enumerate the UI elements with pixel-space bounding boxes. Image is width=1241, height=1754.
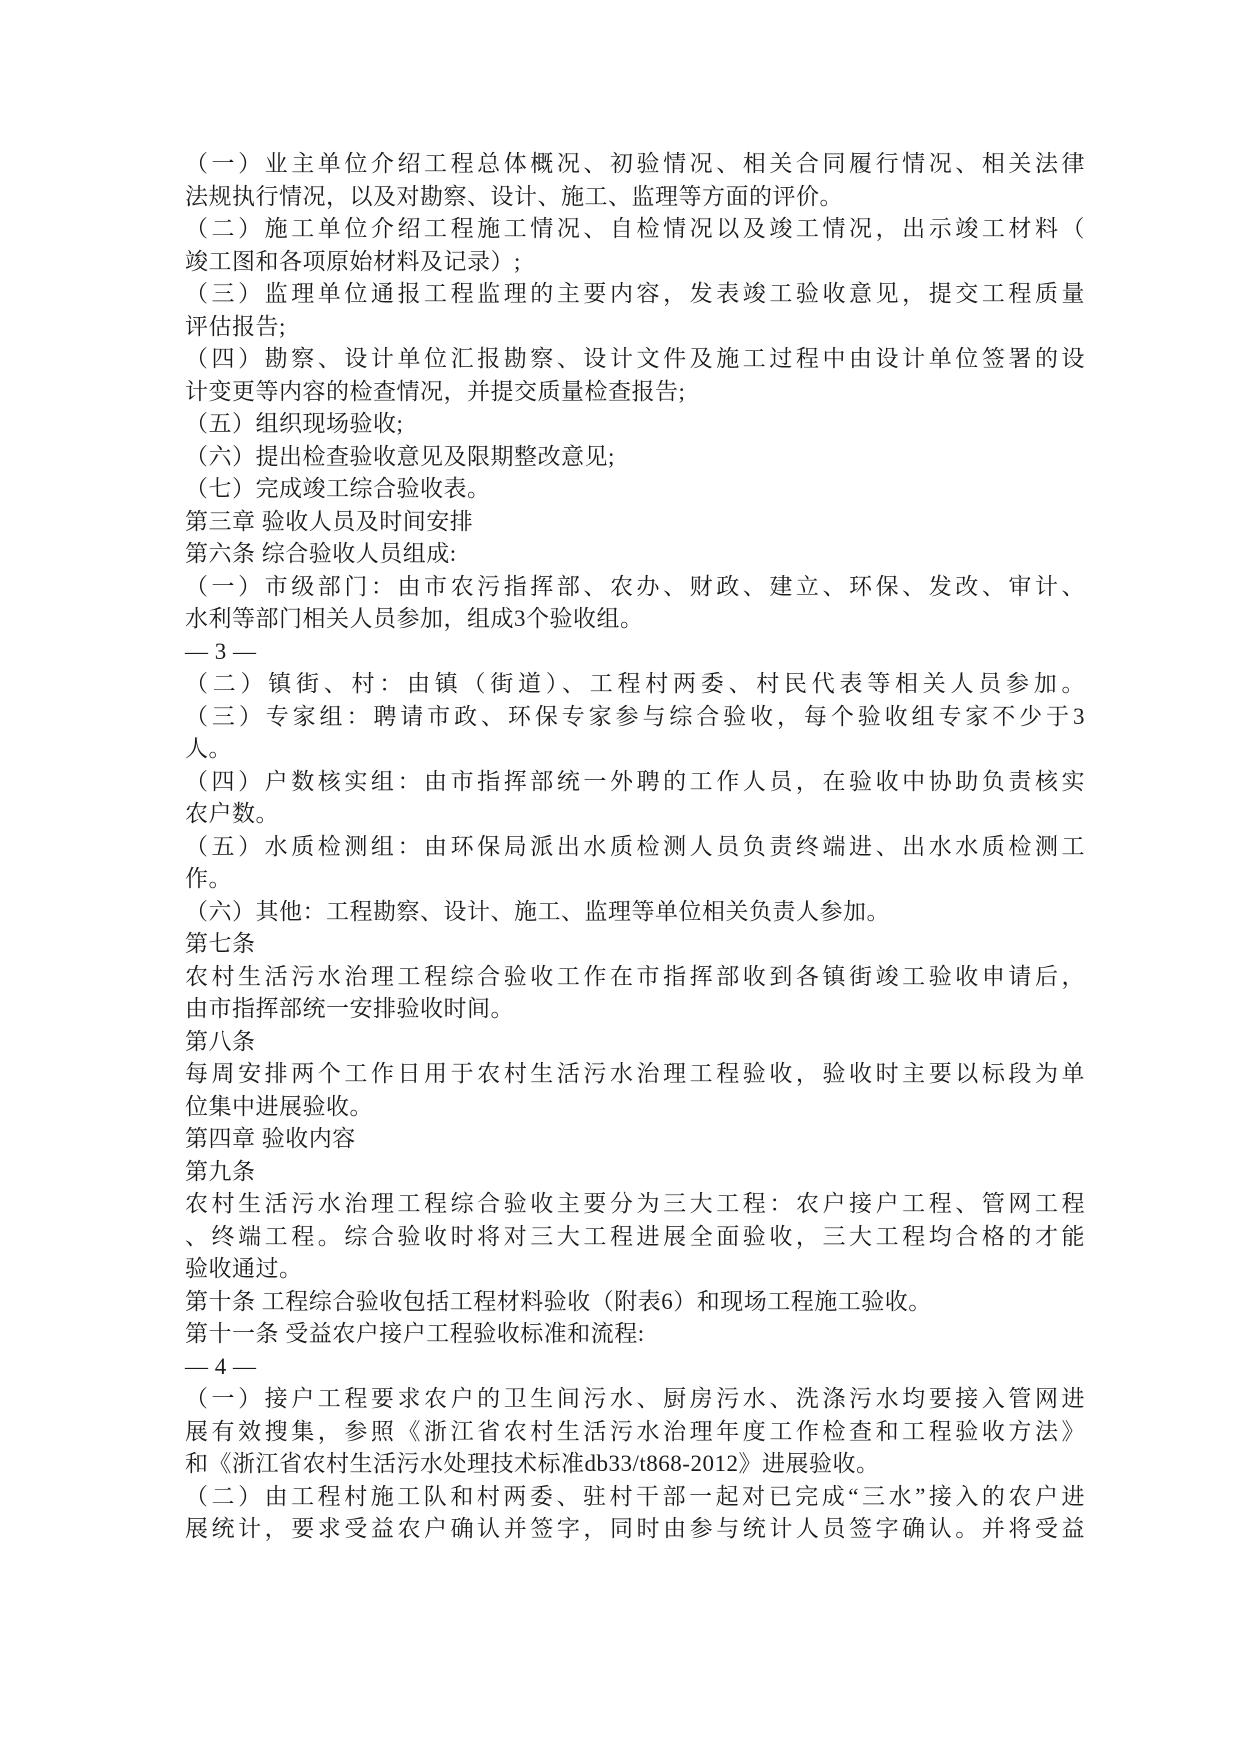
article-heading: 第七条 <box>185 928 1085 961</box>
text-line: 水利等部门相关人员参加，组成3个验收组。 <box>185 603 1085 636</box>
text-line: 和《浙江省农村生活污水处理技术标准db33/t868-2012》进展验收。 <box>185 1448 1085 1481</box>
text-line: （二）镇街、村：由镇（街道）、工程村两委、村民代表等相关人员参加。 <box>185 668 1085 701</box>
text-line: 竣工图和各项原始材料及记录）; <box>185 246 1085 279</box>
text-line: 展有效搜集，参照《浙江省农村生活污水治理年度工作检查和工程验收方法》 <box>185 1416 1085 1449</box>
text-line: （四）勘察、设计单位汇报勘察、设计文件及施工过程中由设计单位签署的设 <box>185 343 1085 376</box>
text-line: 展统计，要求受益农户确认并签字，同时由参与统计人员签字确认。并将受益 <box>185 1513 1085 1546</box>
text-line: 农村生活污水治理工程综合验收工作在市指挥部收到各镇街竣工验收申请后， <box>185 961 1085 994</box>
text-line: 每周安排两个工作日用于农村生活污水治理工程验收，验收时主要以标段为单 <box>185 1058 1085 1091</box>
text-line: 、终端工程。综合验收时将对三大工程进展全面验收，三大工程均合格的才能 <box>185 1221 1085 1254</box>
text-line: （四）户数核实组：由市指挥部统一外聘的工作人员，在验收中协助负责核实 <box>185 766 1085 799</box>
text-line: （三）专家组：聘请市政、环保专家参与综合验收，每个验收组专家不少于3 <box>185 701 1085 734</box>
text-line: （七）完成竣工综合验收表。 <box>185 473 1085 506</box>
text-line: （二）由工程村施工队和村两委、驻村干部一起对已完成“三水”接入的农户进 <box>185 1481 1085 1514</box>
page-number-marker: — 3 — <box>185 636 1085 669</box>
text-line: 验收通过。 <box>185 1253 1085 1286</box>
article-heading: 第九条 <box>185 1156 1085 1189</box>
text-line: 农村生活污水治理工程综合验收主要分为三大工程：农户接户工程、管网工程 <box>185 1188 1085 1221</box>
text-line: （三）监理单位通报工程监理的主要内容，发表竣工验收意见，提交工程质量 <box>185 278 1085 311</box>
text-line: （一）市级部门：由市农污指挥部、农办、财政、建立、环保、发改、审计、 <box>185 571 1085 604</box>
text-line: （一）接户工程要求农户的卫生间污水、厨房污水、洗涤污水均要接入管网进 <box>185 1383 1085 1416</box>
text-line: 农户数。 <box>185 798 1085 831</box>
text-line: （六）其他：工程勘察、设计、施工、监理等单位相关负责人参加。 <box>185 896 1085 929</box>
text-line: 由市指挥部统一安排验收时间。 <box>185 993 1085 1026</box>
text-line: 作。 <box>185 863 1085 896</box>
chapter-heading: 第三章 验收人员及时间安排 <box>185 506 1085 539</box>
text-line: （二）施工单位介绍工程施工情况、自检情况以及竣工情况，出示竣工材料（ <box>185 213 1085 246</box>
document-page: （一）业主单位介绍工程总体概况、初验情况、相关合同履行情况、相关法律法规执行情况… <box>0 0 1241 1754</box>
article-heading: 第十一条 受益农户接户工程验收标准和流程: <box>185 1318 1085 1351</box>
text-line: （五）组织现场验收; <box>185 408 1085 441</box>
chapter-heading: 第四章 验收内容 <box>185 1123 1085 1156</box>
text-line: （一）业主单位介绍工程总体概况、初验情况、相关合同履行情况、相关法律 <box>185 148 1085 181</box>
article-heading: 第十条 工程综合验收包括工程材料验收（附表6）和现场工程施工验收。 <box>185 1286 1085 1319</box>
text-line: 计变更等内容的检查情况，并提交质量检查报告; <box>185 376 1085 409</box>
text-line: 人。 <box>185 733 1085 766</box>
article-heading: 第六条 综合验收人员组成: <box>185 538 1085 571</box>
text-line: 评估报告; <box>185 311 1085 344</box>
text-line: （五）水质检测组：由环保局派出水质检测人员负责终端进、出水水质检测工 <box>185 831 1085 864</box>
text-line: 法规执行情况，以及对勘察、设计、施工、监理等方面的评价。 <box>185 181 1085 214</box>
article-heading: 第八条 <box>185 1026 1085 1059</box>
text-line: 位集中进展验收。 <box>185 1091 1085 1124</box>
text-line: （六）提出检查验收意见及限期整改意见; <box>185 441 1085 474</box>
page-number-marker: — 4 — <box>185 1351 1085 1384</box>
document-text-block: （一）业主单位介绍工程总体概况、初验情况、相关合同履行情况、相关法律法规执行情况… <box>185 148 1085 1546</box>
